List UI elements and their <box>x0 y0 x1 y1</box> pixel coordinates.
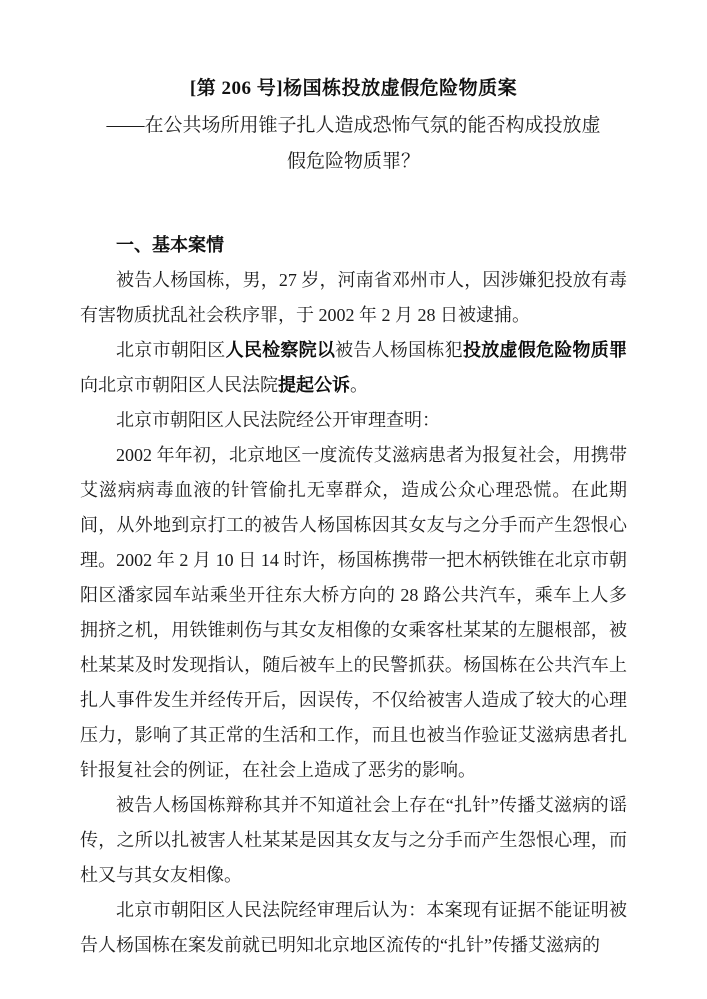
text-run: 北京市朝阳区 <box>116 340 226 360</box>
section-heading-basic-facts: 一、基本案情 <box>80 228 627 263</box>
text-run: 被告人杨国栋犯 <box>335 340 463 360</box>
paragraph-prosecution: 北京市朝阳区人民检察院以被告人杨国栋犯投放虚假危险物质罪向北京市朝阳区人民法院提… <box>80 333 627 403</box>
paragraph-arrest: 被告人杨国栋，男，27 岁，河南省邓州市人，因涉嫌犯投放有毒有害物质扰乱社会秩序… <box>80 263 627 333</box>
paragraph-court-opinion: 北京市朝阳区人民法院经审理后认为：本案现有证据不能证明被告人杨国栋在案发前就已明… <box>80 893 627 963</box>
paragraph-defense: 被告人杨国栋辩称其并不知道社会上存在“扎针”传播艾滋病的谣传，之所以扎被害人杜某… <box>80 788 627 893</box>
document-page: [第 206 号]杨国栋投放虚假危险物质案 ——在公共场所用锥子扎人造成恐怖气氛… <box>0 0 707 999</box>
case-subtitle: ——在公共场所用锥子扎人造成恐怖气氛的能否构成投放虚假危险物质罪？ <box>106 108 601 180</box>
text-run-bold-procuratorate: 人民检察院以 <box>226 340 336 360</box>
text-run: 向北京市朝阳区人民法院 <box>80 375 278 395</box>
case-title: [第 206 号]杨国栋投放虚假危险物质案 <box>80 70 627 108</box>
text-run: 。 <box>350 375 368 395</box>
paragraph-facts: 2002 年年初，北京地区一度流传艾滋病患者为报复社会，用携带艾滋病病毒血液的针… <box>80 438 627 788</box>
text-run-bold-charge: 投放虚假危险物质罪 <box>463 340 627 360</box>
text-run-bold-action: 提起公诉 <box>278 375 350 395</box>
paragraph-trial-intro: 北京市朝阳区人民法院经公开审理查明： <box>80 403 627 438</box>
